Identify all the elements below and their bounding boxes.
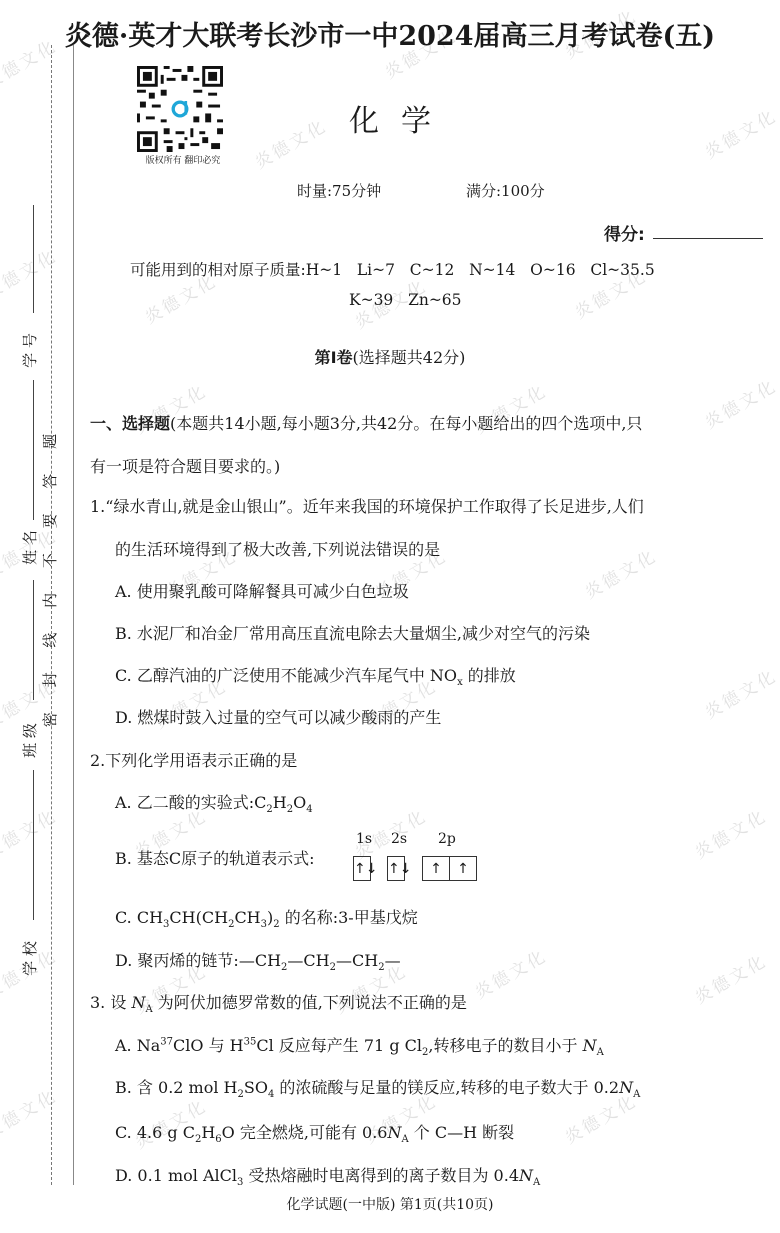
atomic-masses-values-1: H~1 Li~7 C~12 N~14 O~16 Cl~35.5 [306,261,655,279]
question-number: 2. [90,751,105,770]
exam-title: 炎德·英才大联考长沙市一中2024届高三月考试卷(五) [0,14,780,53]
watermark: 炎德文化 [699,662,780,724]
electron-up-icon: ↑ [423,857,449,880]
orbital-label-1s: 1s [356,831,372,847]
question-2-option-d[interactable]: D. 聚丙烯的链节:—CH2—CH2—CH2— [115,948,401,971]
question-1-stem-text: “绿水青山,就是金山银山”。近年来我国的环境保护工作取得了长足进步,人们 [105,497,644,516]
orbital-box-1s: ↑↓ [353,856,371,881]
part-instructions-1: 一、选择题(本题共14小题,每小题3分,共42分。在每小题给出的四个选项中,只 [90,411,642,434]
question-1-stem-cont: 的生活环境得到了极大改善,下列说法错误的是 [115,537,440,560]
seal-warning: 密 封 线 内 不 要 答 题 [39,424,60,727]
question-2-stem: 2.下列化学用语表示正确的是 [90,748,297,771]
electron-pair-icon: ↑↓ [354,857,377,880]
orbital-label-2p: 2p [438,831,456,847]
watermark: 炎德文化 [699,372,780,434]
section-title-rest: (选择题共42分) [353,348,466,367]
section-title-bold: 第Ⅰ卷 [315,348,353,367]
name-field-line[interactable] [33,380,34,520]
copyright-notice: 版权所有 翻印必究 [133,153,233,166]
watermark: 炎德文化 [689,947,771,1009]
margin-solid-line [73,45,74,1185]
electron-up-icon: ↑ [449,857,476,880]
question-1-stem: 1.“绿水青山,就是金山银山”。近年来我国的环境保护工作取得了长足进步,人们 [90,494,644,517]
part-instructions-2: 有一项是符合题目要求的。) [90,454,280,477]
watermark: 炎德文化 [579,542,661,604]
question-3-stem: 3. 设 NA 为阿伏加德罗常数的值,下列说法不正确的是 [90,990,467,1013]
name-label: 姓 名 [19,530,40,565]
electron-pair-icon: ↑↓ [388,857,411,880]
orbital-label-2s: 2s [391,831,407,847]
question-1-option-b[interactable]: B. 水泥厂和冶金厂常用高压直流电除去大量烟尘,减少对空气的污染 [115,621,590,644]
question-1-option-c[interactable]: C. 乙醇汽油的广泛使用不能减少汽车尾气中 NOx 的排放 [115,663,516,686]
question-3-option-c[interactable]: C. 4.6 g C2H6O 完全燃烧,可能有 0.6NA 个 C—H 断裂 [115,1120,514,1143]
page-footer: 化学试题(一中版) 第1页(共10页) [0,1194,780,1214]
question-2-option-c[interactable]: C. CH3CH(CH2CH3)2 的名称:3-甲基戊烷 [115,905,418,928]
part-title: 一、选择题 [90,414,170,433]
question-2-stem-text: 下列化学用语表示正确的是 [105,751,297,770]
watermark: 炎德文化 [689,802,771,864]
orbital-box-2p: ↑ ↑ [422,856,477,881]
atomic-masses-label: 可能用到的相对原子质量: [130,261,306,279]
question-2-option-b[interactable]: B. 基态C原子的轨道表示式: [115,846,315,869]
score-label: 得分: [604,220,645,245]
subject-title: 化学 [0,96,780,140]
atomic-masses-line-1: 可能用到的相对原子质量:H~1 Li~7 C~12 N~14 O~16 Cl~3… [130,258,655,280]
question-1-option-d[interactable]: D. 燃煤时鼓入过量的空气可以减少酸雨的产生 [115,705,441,728]
question-2-option-a[interactable]: A. 乙二酸的实验式:C2H2O4 [115,790,313,813]
orbital-box-2s: ↑↓ [387,856,405,881]
question-1-option-a[interactable]: A. 使用聚乳酸可降解餐具可减少白色垃圾 [115,579,409,602]
watermark: 炎德文化 [469,942,551,1004]
time-limit: 时量:75分钟 [297,180,381,201]
class-label: 班 级 [19,723,40,758]
school-label: 学 校 [19,941,40,976]
school-field-line[interactable] [33,770,34,920]
question-3-option-d[interactable]: D. 0.1 mol AlCl3 受热熔融时电离得到的离子数目为 0.4NA [115,1163,540,1186]
section-title: 第Ⅰ卷(选择题共42分) [0,345,780,368]
score-field[interactable] [653,238,763,239]
question-number: 1. [90,497,105,516]
part-instructions-text: (本题共14小题,每小题3分,共42分。在每小题给出的四个选项中,只 [170,414,642,433]
question-3-option-a[interactable]: A. Na37ClO 与 H35Cl 反应每产生 71 g Cl2,转移电子的数… [115,1033,604,1056]
class-field-line[interactable] [33,580,34,700]
student-id-line-top [33,205,34,313]
atomic-masses-values-2: K~39 Zn~65 [349,291,462,309]
full-score: 满分:100分 [466,180,545,201]
question-3-option-b[interactable]: B. 含 0.2 mol H2SO4 的浓硫酸与足量的镁反应,转移的电子数大于 … [115,1075,640,1098]
